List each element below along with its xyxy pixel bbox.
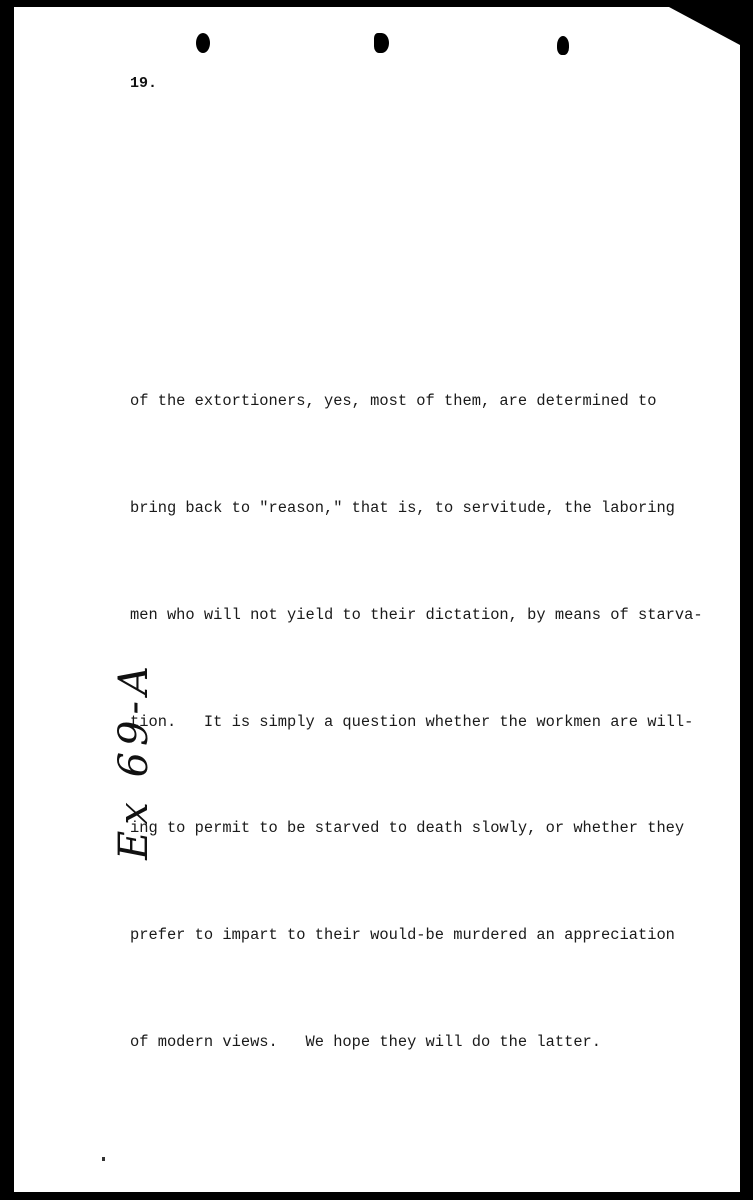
text-line: bring back to "reason," that is, to serv… [130, 491, 750, 527]
page-number: 19. [130, 75, 157, 92]
text-line: tion. It is simply a question whether th… [130, 705, 750, 741]
body-paragraph: of the extortioners, yes, most of them, … [130, 313, 750, 1132]
punch-hole-center [374, 33, 389, 53]
handwritten-exhibit-label: Ex 69-A [111, 660, 157, 860]
text-line: ing to permit to be starved to death slo… [130, 811, 750, 847]
document-page: 19. of the extortioners, yes, most of th… [14, 7, 740, 1192]
text-line: of modern views. We hope they will do th… [130, 1025, 750, 1061]
ink-speck [102, 1157, 105, 1161]
punch-hole-right [557, 36, 569, 55]
text-line: men who will not yield to their dictatio… [130, 598, 750, 634]
text-line: of the extortioners, yes, most of them, … [130, 384, 750, 420]
text-line: prefer to impart to their would-be murde… [130, 918, 750, 954]
punch-hole-left [196, 33, 210, 53]
